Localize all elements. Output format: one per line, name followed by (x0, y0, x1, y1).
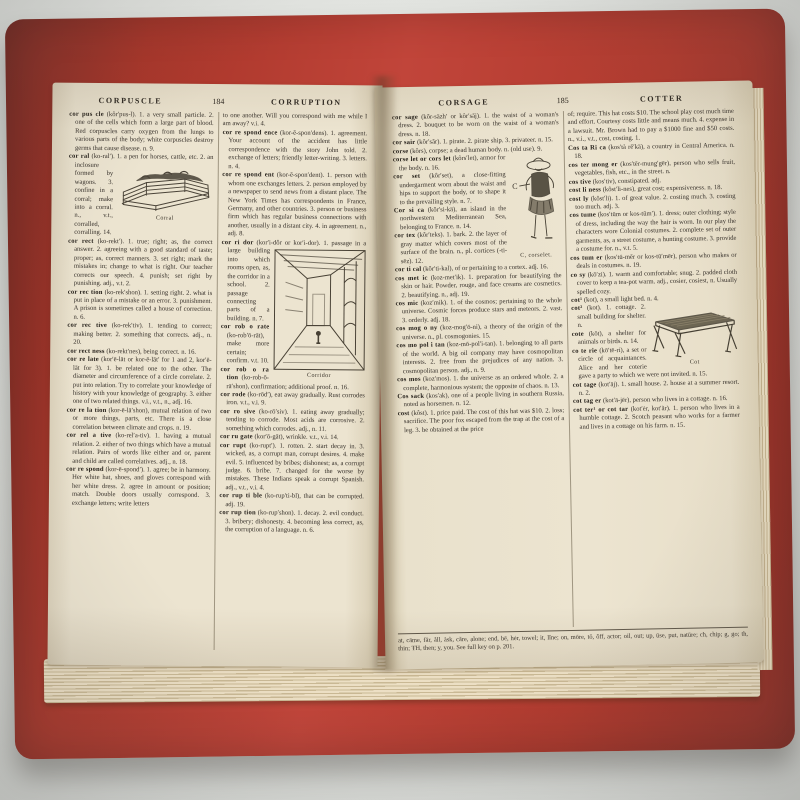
headword: corse let or cors let (393, 155, 451, 163)
headword: cost ly (569, 195, 589, 202)
left-page-header: CORPUSCLE 184 CORRUPTION (65, 96, 371, 108)
headword: cor re spond ent (222, 171, 274, 178)
corridor-illustration: Corridor (273, 249, 366, 381)
headword: cos tume (569, 212, 596, 220)
headword: Cor si ca (394, 207, 425, 215)
headword: co te rie (572, 347, 597, 354)
dictionary-entry: cost (kôst). 1. price paid. The cost of … (398, 407, 565, 436)
headword: cor re la tion (67, 407, 107, 414)
right-page-header: CORSAGE 185 COTTER (388, 93, 738, 109)
headword: Cos ta Ri ca (568, 144, 606, 152)
dictionary-entry: cor ri dor (kor′i-dôr or kor′i-dor). 1. … (221, 239, 366, 325)
svg-text:C: C (512, 182, 518, 191)
corral-caption: Corral (117, 214, 213, 223)
headword: cor ru gate (220, 433, 253, 440)
headword: co sy (571, 271, 586, 278)
headword: cor rec tive (67, 322, 107, 329)
headword: cos tum er (570, 254, 602, 262)
corral-illustration: Corral (117, 163, 214, 223)
dictionary-entry: cor rec tive (ko-rek′tiv). 1. tending to… (67, 322, 212, 349)
headword: cos met ic (395, 274, 428, 282)
pronunciation-key: at, cāme, fär, åll, àsk, cãre, ạlone; en… (398, 627, 748, 653)
headword: cor rode (220, 391, 245, 398)
headword: cot tage (573, 381, 597, 388)
guide-word-corsage: CORSAGE (388, 97, 540, 109)
headword: cot¹ (571, 297, 582, 304)
dictionary-entry: cor re spond ence (kor-ē-spon′dens). 1. … (222, 129, 367, 173)
headword: cos mic (396, 300, 419, 307)
headword: cot ter¹ or cot tar (573, 406, 628, 414)
page-number-184: 184 (195, 97, 241, 106)
dictionary-entry: to one another. Will you correspond with… (223, 112, 368, 130)
guide-word-corruption: CORRUPTION (241, 97, 371, 107)
dictionary-entry: co sy (kō′zi). 1. warm and comfortable; … (571, 268, 738, 297)
headword: cos ter mong er (568, 161, 617, 169)
dictionary-entry: cor rup ti ble (ko-rup′ti-bl), that can … (219, 492, 364, 510)
headword: cot² (571, 305, 582, 312)
dictionary-entry: cos met ic (koz-met′ik). 1. preparation … (395, 272, 562, 301)
right-page-column-1: cor sage (kôr-säzh′ or kôr′sāj). 1. the … (388, 111, 572, 630)
dictionary-entry: cos mo pol i tan (koz-mō-pol′i-tan). 1. … (396, 339, 563, 376)
headword: cot tag er (573, 398, 601, 406)
dictionary-entry: cor rupt (ko-rupt′). 1. rotten. 2. start… (219, 442, 364, 494)
left-page-column-2: to one another. Will you correspond with… (213, 112, 371, 651)
corselet-caption: C, corselet. (511, 251, 561, 260)
headword: cor ti cal (395, 266, 422, 274)
headword: cor rect ness (67, 347, 105, 354)
dictionary-entry: cor rode (ko-rōd′), eat away gradually. … (220, 391, 365, 409)
dictionary-entry: cor sage (kôr-säzh′ or kôr′sāj). 1. the … (392, 111, 559, 140)
dictionary-entry: cor rel a tive (ko-rel′a-tiv). 1. having… (66, 432, 211, 467)
corselet-illustration: C C, corselet. (509, 154, 561, 260)
dictionary-entry: cor ro sive (ko-rō′siv). 1. eating away … (220, 408, 365, 435)
dictionary-entry: cor rup tion (ko-rup′shon). 1. decay. 2.… (219, 509, 364, 536)
headword: cos mo pol i tan (396, 342, 445, 350)
dictionary-book: CORPUSCLE 184 CORRUPTION cor pus cle (kô… (10, 14, 790, 754)
headword: cor rob o rate (221, 323, 270, 330)
dictionary-entry: cor re late (kor′ē-lāt or kor-ē-lāt′ for… (67, 356, 212, 408)
headword: cor rel a tive (66, 432, 111, 439)
headword: cor rob o ra tion (221, 366, 270, 382)
left-page-column-1: cor pus cle (kôr′pus-l). 1. a very small… (61, 111, 218, 650)
headword: cos mog o ny (396, 325, 438, 333)
headword: cor rupt (220, 442, 246, 449)
dictionary-entry: cor re spond ent (kor-ē-spon′dent). 1. p… (222, 171, 367, 240)
right-page-columns: cor sage (kôr-säzh′ or kôr′sāj). 1. the … (388, 108, 748, 631)
dictionary-entry: cor rec tion (ko-rek′shon). 1. setting r… (67, 288, 212, 323)
headword: cos tive (569, 178, 591, 185)
headword: cor ral (69, 153, 90, 160)
headword: cos mos (397, 376, 421, 383)
headword: cor rup tion (219, 509, 256, 516)
dictionary-entry: corse let or cors let (kôrs′let), armor … (393, 153, 560, 173)
right-page-column-2: of; require. This hat costs $10. The sch… (562, 108, 747, 627)
headword: cor ro sive (220, 408, 255, 415)
headword: cor pus cle (69, 111, 104, 118)
dictionary-entry: cor re la tion (kor-ē-lā′shon), mutual r… (66, 407, 211, 434)
book-photo: CORPUSCLE 184 CORRUPTION cor pus cle (kô… (0, 0, 800, 800)
guide-word-corpuscle: CORPUSCLE (65, 96, 195, 106)
dictionary-entry: cor re spond (kor-ē-spond′). 1. agree; b… (66, 466, 211, 510)
dictionary-entry: cot² (kot). 1. Cot cottage. 2. small bui… (571, 302, 738, 331)
book-gutter (370, 76, 398, 672)
guide-word-cotter: COTTER (586, 93, 738, 105)
headword: cost li ness (569, 186, 601, 194)
dictionary-entry: cos mic (koz′mik). 1. of the cosmos; per… (396, 297, 563, 326)
dictionary-entry: of; require. This hat costs $10. The sch… (567, 108, 734, 145)
dictionary-entry: cos tume (kos′tūm or kos-tūm′). 1. dress… (569, 209, 736, 254)
dictionary-entry: cor pus cle (kôr′pus-l). 1. a very small… (69, 111, 214, 155)
cot-caption: Cot (651, 358, 739, 368)
corridor-caption: Corridor (273, 372, 365, 381)
dictionary-entry: cor ral (ko-ral′). 1. a pen for horses, … (68, 153, 213, 239)
headword: cote (572, 330, 584, 337)
headword: cor rup ti ble (219, 492, 262, 499)
headword: Cos sack (397, 393, 424, 401)
headword: cost (398, 410, 410, 417)
headword: cor rect (68, 238, 94, 245)
headword: cor re late (67, 356, 99, 363)
dictionary-entry: cot ter¹ or cot tar (kot′ėr, kot′ãr). 1.… (573, 404, 740, 433)
headword: cor re spond (66, 466, 104, 473)
left-page: CORPUSCLE 184 CORRUPTION cor pus cle (kô… (47, 83, 382, 668)
left-page-columns: cor pus cle (kôr′pus-l). 1. a very small… (61, 111, 372, 652)
headword: cor rec tion (68, 288, 103, 295)
dictionary-entry: cor rect (ko-rekt′). 1. true; right; as,… (68, 238, 213, 290)
cot-illustration: Cot (650, 303, 739, 368)
page-number-185: 185 (540, 96, 586, 106)
headword: cor ri dor (222, 239, 254, 246)
right-page: CORSAGE 185 COTTER cor sage (kôr-säzh′ o… (374, 80, 763, 669)
headword: cor re spond ence (223, 129, 278, 136)
